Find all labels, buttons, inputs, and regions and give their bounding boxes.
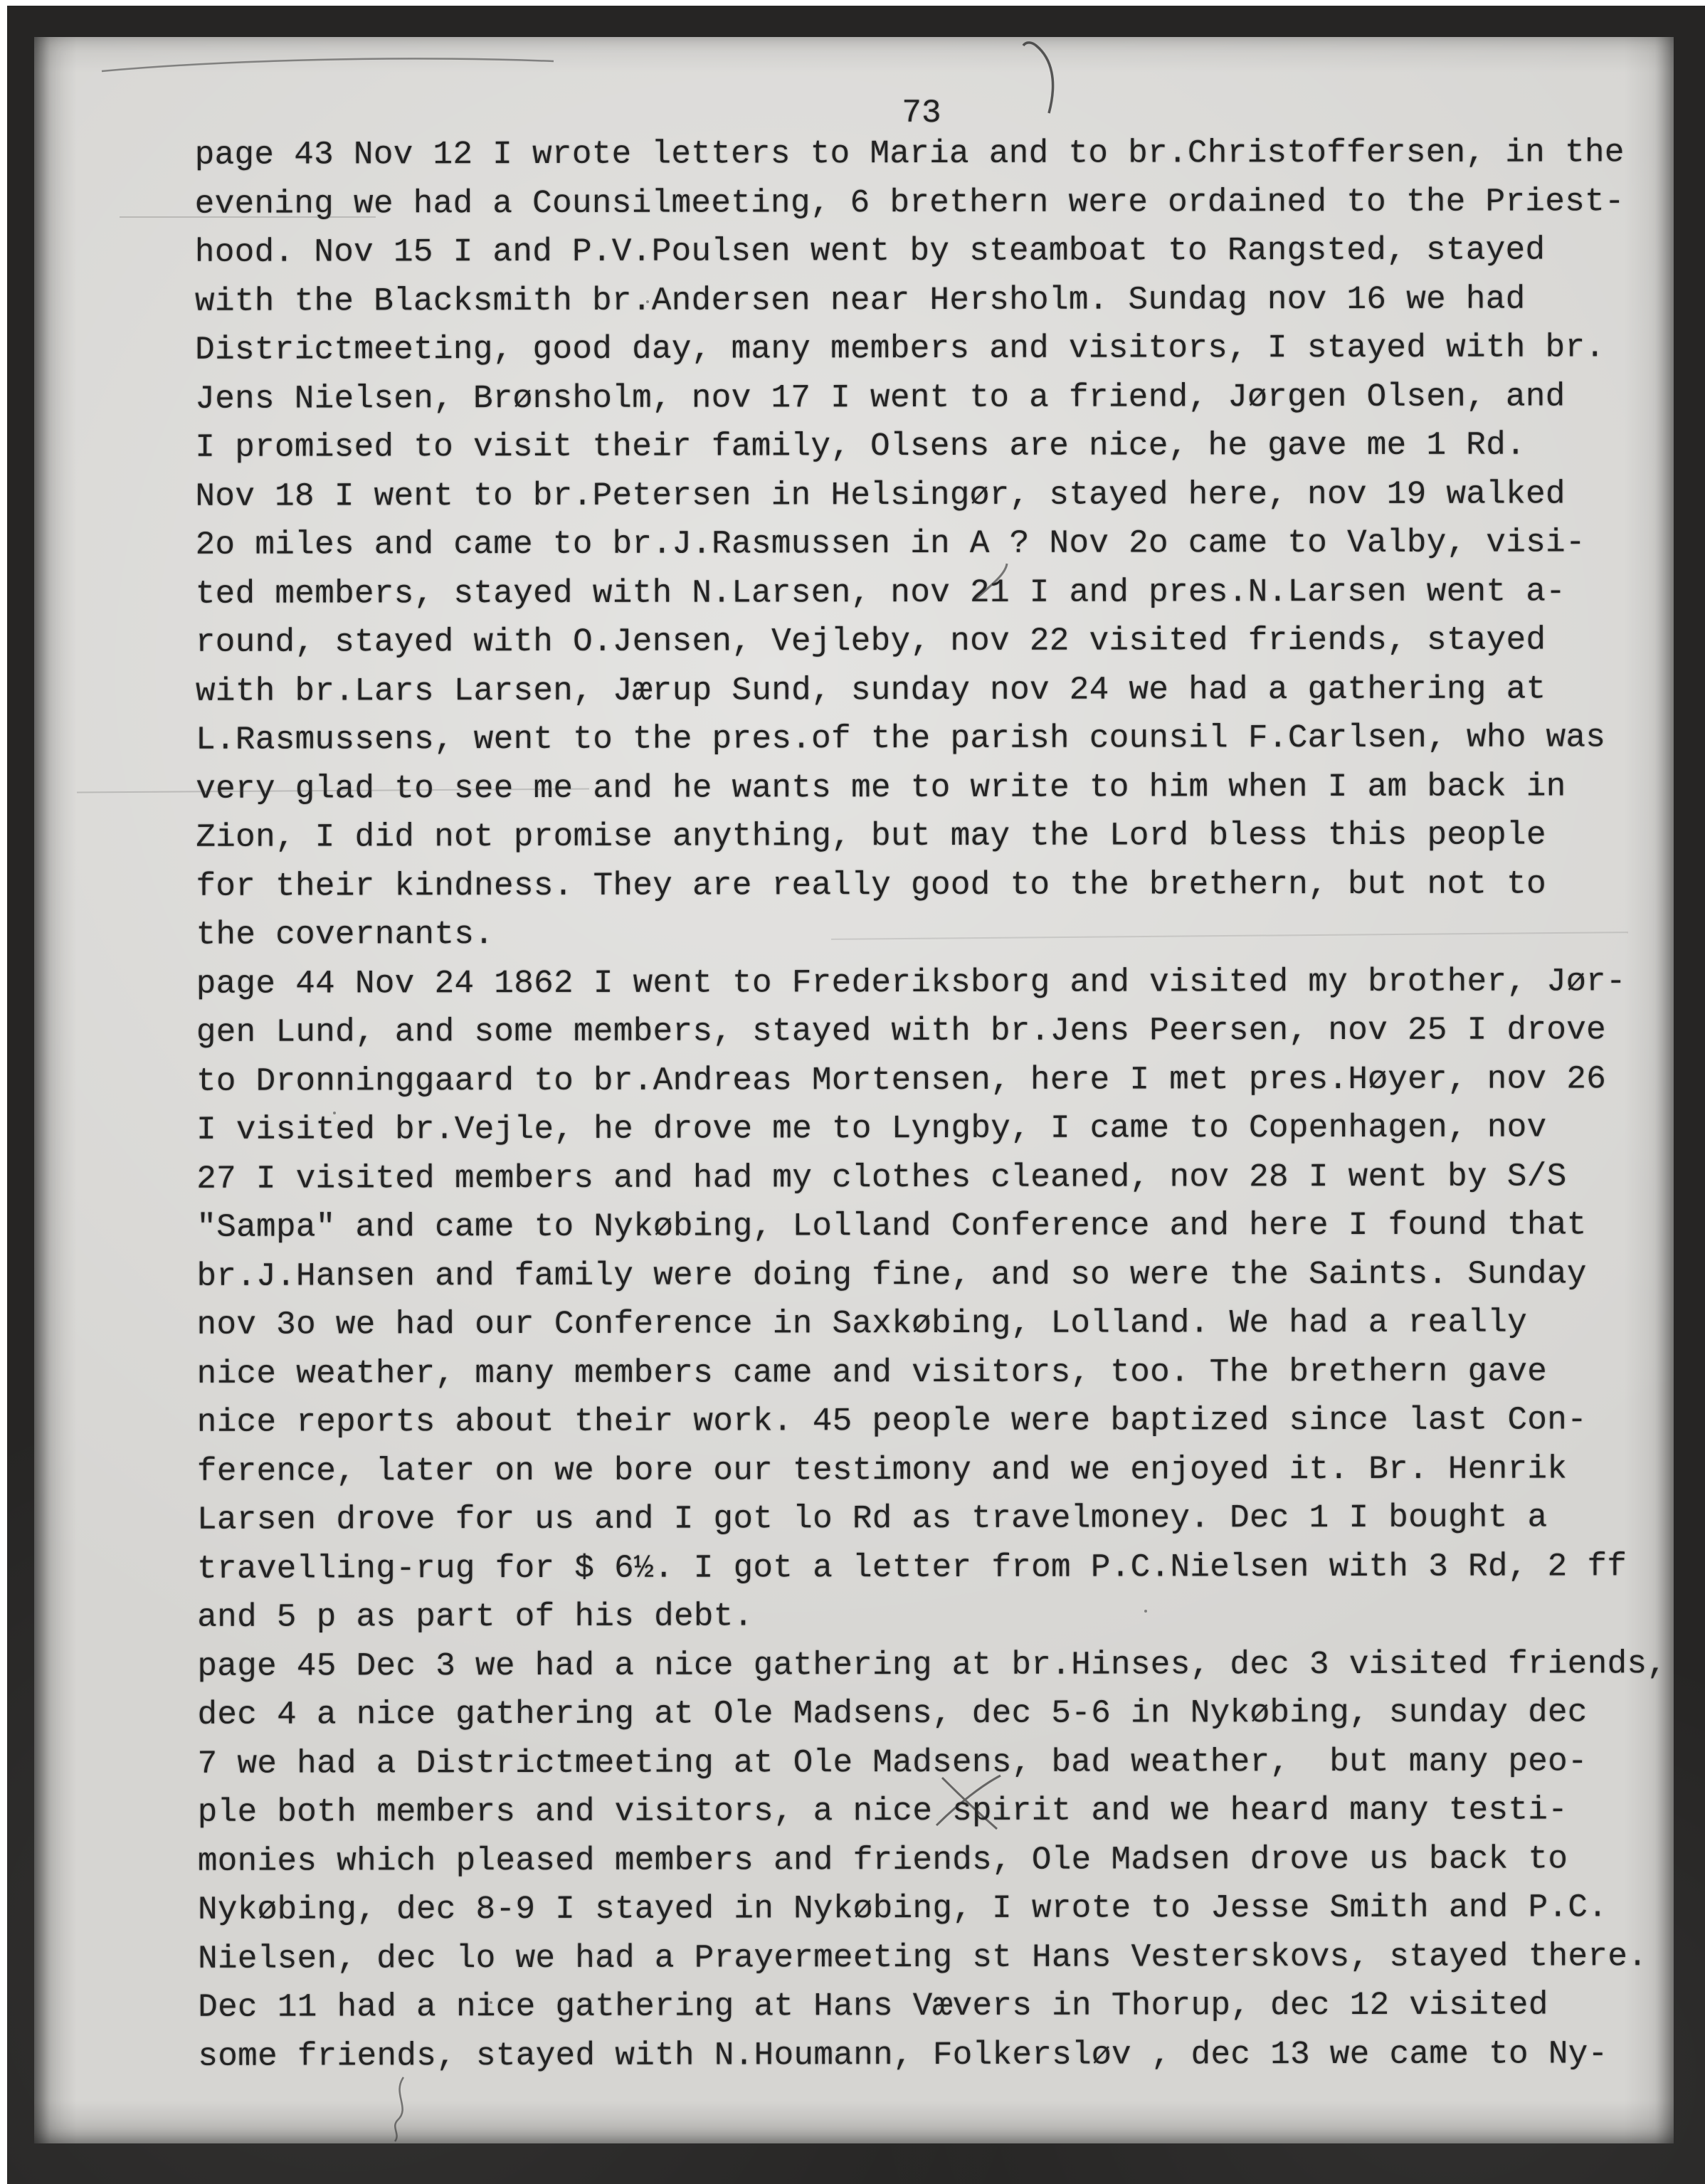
text-line: gen Lund, and some members, stayed with … <box>196 1006 1666 1057</box>
text-line: 2o miles and came to br.J.Rasmussen in A… <box>196 518 1665 569</box>
text-line: Zion, I did not promise anything, but ma… <box>196 811 1665 862</box>
text-line: Nykøbing, dec 8-9 I stayed in Nykøbing, … <box>198 1883 1667 1934</box>
text-line: round, stayed with O.Jensen, Vejleby, no… <box>196 616 1665 667</box>
text-line: travelling-rug for $ 6½. I got a letter … <box>197 1542 1667 1593</box>
text-line: I promised to visit their family, Olsens… <box>195 421 1664 472</box>
text-line: dec 4 a nice gathering at Ole Madsens, d… <box>197 1688 1667 1739</box>
text-line: ference, later on we bore our testimony … <box>197 1445 1667 1496</box>
text-line: to Dronninggaard to br.Andreas Mortensen… <box>196 1055 1666 1106</box>
text-line: page 43 Nov 12 I wrote letters to Maria … <box>195 128 1664 179</box>
scratch-line-mark <box>98 50 568 78</box>
text-line: nice reports about their work. 45 people… <box>197 1396 1667 1447</box>
text-line: 7 we had a Districtmeeting at Ole Madsen… <box>198 1737 1667 1788</box>
text-line: nov 3o we had our Conference in Saxkøbin… <box>196 1298 1666 1349</box>
text-line: Jens Nielsen, Brønsholm, nov 17 I went t… <box>195 372 1664 423</box>
text-line: for their kindness. They are really good… <box>196 860 1665 911</box>
text-line: page 44 Nov 24 1862 I went to Frederiksb… <box>196 957 1666 1008</box>
text-line: evening we had a Counsilmeeting, 6 breth… <box>195 177 1664 228</box>
bottom-squiggle-mark <box>386 2076 415 2143</box>
text-line: ted members, stayed with N.Larsen, nov 2… <box>196 567 1665 618</box>
text-line: "Sampa" and came to Nykøbing, Lolland Co… <box>196 1201 1666 1252</box>
text-line: ple both members and visitors, a nice sp… <box>198 1785 1667 1837</box>
text-line: very glad to see me and he wants me to w… <box>196 762 1665 813</box>
text-line: monies which pleased members and friends… <box>198 1835 1667 1886</box>
text-line: Dec 11 had a nice gathering at Hans Væve… <box>198 1980 1667 2032</box>
text-line: Larsen drove for us and I got lo Rd as t… <box>197 1493 1667 1544</box>
text-line: I visited br.Vejle, he drove me to Lyngb… <box>196 1103 1666 1154</box>
text-line: Nielsen, dec lo we had a Prayermeeting s… <box>198 1932 1667 1983</box>
text-line: the covernants. <box>196 908 1666 959</box>
text-line: page 45 Dec 3 we had a nice gathering at… <box>197 1640 1667 1691</box>
text-line: br.J.Hansen and family were doing fine, … <box>196 1250 1666 1301</box>
typewritten-page: 73 page 43 Nov 12 I wrote letters to Mar… <box>34 37 1674 2143</box>
text-line: Districtmeeting, good day, many members … <box>195 323 1664 374</box>
text-line: with the Blacksmith br.Andersen near Her… <box>195 275 1664 326</box>
text-line: 27 I visited members and had my clothes … <box>196 1152 1666 1203</box>
text-line: L.Rasmussens, went to the pres.of the pa… <box>196 713 1665 764</box>
text-line: hood. Nov 15 I and P.V.Poulsen went by s… <box>195 226 1664 277</box>
typewritten-text: page 43 Nov 12 I wrote letters to Maria … <box>195 128 1668 2081</box>
text-line: Nov 18 I went to br.Petersen in Helsingø… <box>195 470 1664 521</box>
text-line: some friends, stayed with N.Houmann, Fol… <box>198 2030 1667 2081</box>
text-line: nice weather, many members came and visi… <box>197 1347 1667 1398</box>
scanned-document-page: { "scan": { "page_number": "73", "lines"… <box>0 0 1705 2184</box>
text-line: with br.Lars Larsen, Jærup Sund, sunday … <box>196 665 1665 716</box>
text-line: and 5 p as part of his debt. <box>197 1590 1667 1642</box>
